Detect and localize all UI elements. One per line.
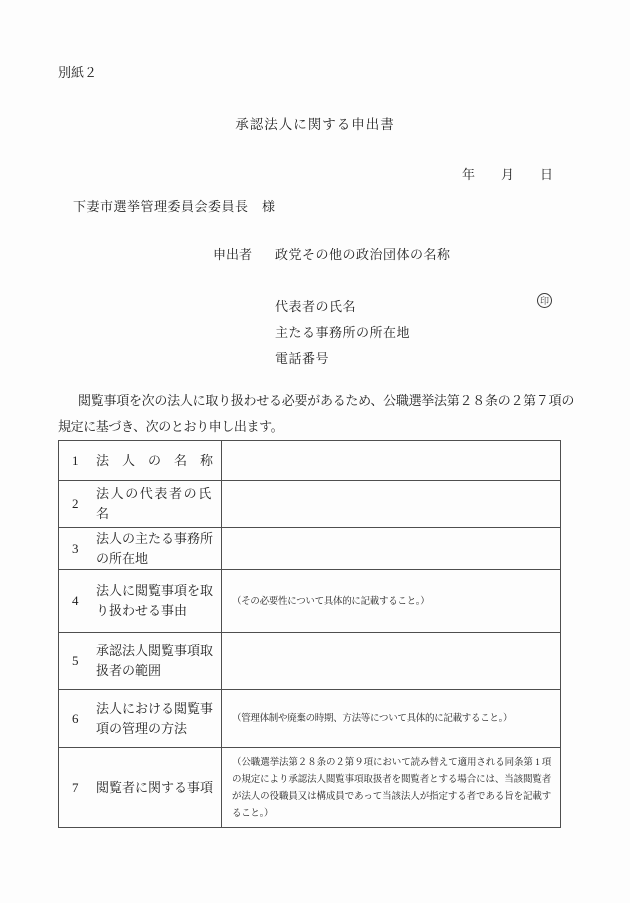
phone-number-label: 電話番号 (275, 348, 329, 367)
body-paragraph: 閲覧事項を次の法人に取り扱わせる必要があるため、公職選挙法第２８条の２第７項の規… (58, 388, 574, 440)
row-note (222, 656, 560, 666)
row-number: 2 (59, 494, 96, 514)
row-label: 法人に閲覧事項を取り扱わせる事由 (96, 581, 221, 621)
table-row: 7 閲覧者に関する事項 （公職選挙法第２８条の２第９項において読み替えて適用され… (59, 748, 561, 828)
row-label: 法人の主たる事務所の所在地 (96, 529, 221, 569)
table-row: 3 法人の主たる事務所の所在地 (59, 528, 561, 570)
applicant-label: 申出者 (213, 244, 252, 263)
row-note: （その必要性について具体的に記載すること。） (222, 588, 560, 615)
row-note (222, 544, 560, 554)
row-label: 法人における閲覧事項の管理の方法 (96, 699, 221, 739)
application-table: 1 法 人 の 名 称 2 法人の代表者の氏名 3 法人の主たる事務所の所在地 (58, 440, 561, 828)
table-row: 6 法人における閲覧事項の管理の方法 （管理体制や廃棄の時期、方法等について具体… (59, 690, 561, 748)
row-number: 4 (59, 591, 96, 611)
row-label: 閲覧者に関する事項 (96, 778, 221, 798)
table-row: 5 承認法人閲覧事項取扱者の範囲 (59, 633, 561, 690)
addressee-line: 下妻市選挙管理委員会委員長 様 (73, 196, 276, 215)
document-title: 承認法人に関する申出書 (0, 113, 630, 133)
row-label: 法 人 の 名 称 (96, 451, 221, 471)
row-number: 6 (59, 709, 96, 729)
row-number: 1 (59, 451, 96, 471)
row-note (222, 499, 560, 509)
row-note: （管理体制や廃棄の時期、方法等について具体的に記載すること。） (222, 705, 560, 732)
row-note (222, 456, 560, 466)
row-number: 3 (59, 539, 96, 559)
row-number: 5 (59, 651, 96, 671)
document-page: 別紙２ 承認法人に関する申出書 年 月 日 下妻市選挙管理委員会委員長 様 申出… (0, 0, 630, 903)
row-label: 承認法人閲覧事項取扱者の範囲 (96, 641, 221, 681)
representative-name-label: 代表者の氏名 (275, 296, 356, 315)
attachment-label: 別紙２ (58, 62, 97, 81)
table-row: 2 法人の代表者の氏名 (59, 481, 561, 528)
date-line: 年 月 日 (462, 164, 553, 183)
org-name-label: 政党その他の政治団体の名称 (275, 244, 451, 263)
row-note: （公職選挙法第２８条の２第９項において読み替えて適用される同条第 1 項の規定に… (222, 749, 560, 827)
row-label: 法人の代表者の氏名 (96, 484, 221, 524)
seal-icon: 印 (537, 293, 552, 308)
office-address-label: 主たる事務所の所在地 (275, 322, 410, 341)
row-number: 7 (59, 778, 96, 798)
table-row: 1 法 人 の 名 称 (59, 441, 561, 481)
table-row: 4 法人に閲覧事項を取り扱わせる事由 （その必要性について具体的に記載すること。… (59, 570, 561, 633)
